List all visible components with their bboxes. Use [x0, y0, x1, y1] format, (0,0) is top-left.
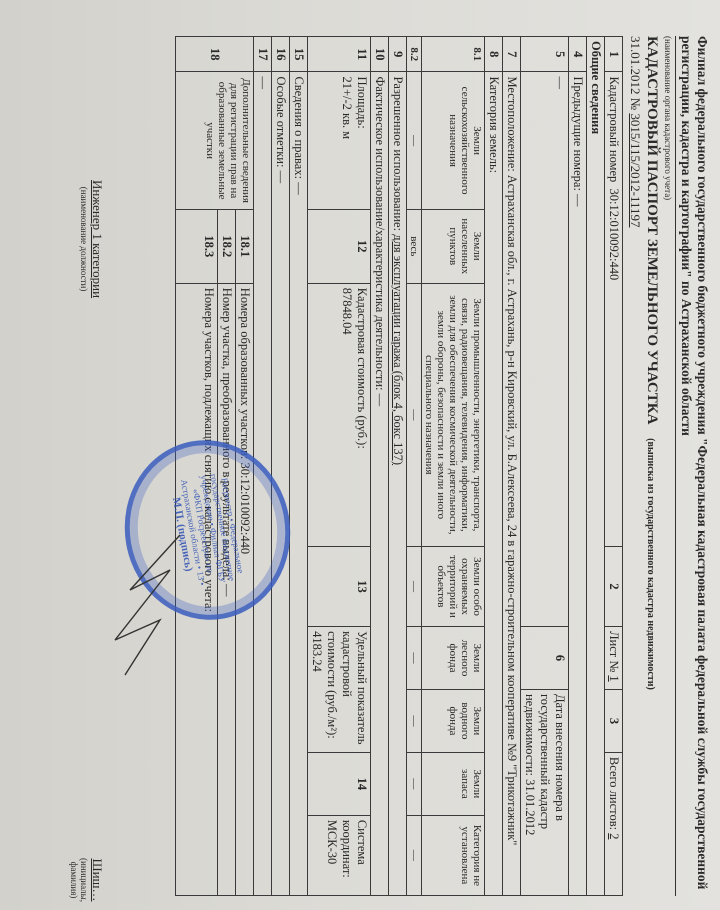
sheet-cell: Лист № 1: [605, 627, 623, 690]
land-category-value: —: [407, 546, 422, 626]
signer-position: Инженер 1 категории (наименование должно…: [79, 180, 105, 298]
land-category-value: —: [407, 283, 422, 546]
land-category-value: —: [407, 689, 422, 752]
title-subtitle: (выписка из государственного кадастра не…: [645, 438, 656, 690]
sheet-number: 1: [607, 675, 621, 681]
field-number: 6: [521, 627, 569, 690]
label: Номера образованных участков:: [238, 288, 252, 460]
field-number: 1: [605, 37, 623, 72]
land-category-value: —: [407, 72, 422, 209]
organization-caption: (наименование органа кадастрового учета): [663, 36, 673, 896]
label: Лист №: [607, 631, 621, 672]
label: Всего листов:: [607, 757, 621, 830]
field-number: 18.2: [218, 209, 236, 283]
label: Кадастровая стоимость (руб.):: [354, 288, 369, 542]
value: 4183.24: [309, 631, 324, 748]
title-text: КАДАСТРОВЫЙ ПАСПОРТ ЗЕМЕЛЬНОГО УЧАСТКА: [644, 36, 660, 424]
label: Система координат:: [339, 820, 369, 891]
value: для эксплуатации гаража (блок 4, бокс 13…: [391, 234, 405, 465]
land-category-option: Земли лесного фонда: [422, 627, 485, 690]
cadastral-value: Кадастровая стоимость (руб.):87848.04: [308, 283, 371, 546]
field-number: 3: [605, 689, 623, 752]
section-general: Общие сведения: [587, 37, 605, 896]
total-sheets-cell: Всего листов: 2: [605, 752, 623, 895]
document-title: КАДАСТРОВЫЙ ПАСПОРТ ЗЕМЕЛЬНОГО УЧАСТКА (…: [643, 36, 660, 896]
land-category-value: весь: [407, 209, 422, 283]
total-sheets: 2: [607, 833, 621, 839]
name-caption: (инициалы, фамилия): [69, 850, 89, 910]
specific-value: Удельный показатель кадастровой стоимост…: [308, 627, 371, 753]
label: Кадастровый номер: [607, 76, 621, 182]
value: 31.01.2012: [523, 779, 537, 835]
document-number-value: 3015/115/2012-11197: [628, 113, 643, 227]
label: Площадь:: [354, 76, 369, 204]
document-date: 31.01.2012: [628, 36, 643, 95]
land-category-option: Земли сельскохозяйственного назначения: [422, 72, 485, 209]
document-number: 31.01.2012 № 3015/115/2012-11197: [627, 36, 643, 896]
field-number: 13: [308, 546, 371, 626]
land-category-value: —: [407, 815, 422, 895]
name-text: Шиш…: [89, 850, 105, 910]
entry-date: Дата внесения номера в государственный к…: [521, 689, 569, 895]
field-number: 4: [569, 37, 587, 72]
field-number: 12: [308, 209, 371, 283]
row-1: 1 Кадастровый номер 30:12:010092:440 2 Л…: [605, 37, 623, 896]
land-category-option: Земли запаса: [422, 752, 485, 815]
field-number: 5: [521, 37, 569, 72]
field-number: 2: [605, 546, 623, 626]
label: Удельный показатель кадастровой стоимост…: [324, 631, 369, 748]
land-category-value: —: [407, 752, 422, 815]
value: 87848.04: [339, 288, 354, 542]
field-5-value: —: [521, 72, 569, 627]
value: МСК-30: [324, 820, 339, 891]
label: Особые отметки:: [274, 76, 288, 167]
permitted-use: Разрешенное использование: для эксплуата…: [389, 72, 407, 896]
document-page: Филиал федерального государственного бюд…: [0, 0, 720, 910]
field-number: 18.1: [236, 209, 254, 283]
location: Местоположение: Астраханская обл., г. Ас…: [503, 72, 521, 896]
additional-info-label: Дополнительные сведения для регистрации …: [176, 72, 254, 209]
signer-name: Шиш… (инициалы, фамилия): [69, 850, 105, 910]
label: Разрешенное использование:: [391, 76, 405, 231]
value: —: [373, 394, 387, 407]
land-category-option: Категория не установлена: [422, 815, 485, 895]
land-category-option: Земли промышленности, энергетики, трансп…: [422, 283, 485, 546]
handwritten-signature: [110, 530, 200, 680]
field-number: 14: [308, 752, 371, 815]
value: —: [571, 194, 585, 207]
field-number: 8.1: [422, 37, 485, 72]
field-number: 18.3: [176, 209, 218, 283]
value: —: [292, 182, 306, 195]
field-number: 11: [308, 37, 371, 72]
field-number: 8.2: [407, 37, 422, 72]
cadastral-number-cell: Кадастровый номер 30:12:010092:440: [605, 72, 623, 547]
rights-info: Сведения о правах: —: [290, 72, 308, 896]
position-caption: (наименование должности): [79, 180, 89, 298]
field-number: 15: [290, 37, 308, 72]
value: —: [274, 171, 288, 184]
number-prefix: №: [628, 98, 643, 110]
value: 21+/-2 кв. м: [339, 76, 354, 204]
organization-name: Филиал федерального государственного бюд…: [675, 36, 710, 896]
field-number: 7: [503, 37, 521, 72]
field-number: 17: [254, 37, 272, 72]
label: Фактическое использование/характеристика…: [373, 76, 387, 390]
coordinate-system: Система координат:МСК-30: [308, 815, 371, 895]
position-text: Инженер 1 категории: [89, 180, 105, 298]
land-category-option: Земли особо охраняемых территорий и объе…: [422, 546, 485, 626]
cadastral-number: 30:12:010092:440: [607, 189, 621, 281]
land-category-option: Земли водного фонда: [422, 689, 485, 752]
field-number: 10: [371, 37, 389, 72]
field-number: 9: [389, 37, 407, 72]
actual-use: Фактическое использование/характеристика…: [371, 72, 389, 896]
label: Сведения о правах:: [292, 76, 306, 179]
land-category-option: Земли населенных пунктов: [422, 209, 485, 283]
land-category-value: —: [407, 627, 422, 690]
field-number: 8: [485, 37, 503, 72]
label: Местоположение:: [505, 76, 519, 171]
previous-numbers: Предыдущие номера: —: [569, 72, 587, 896]
field-number: 18: [176, 37, 254, 72]
value: Астраханская обл., г. Астрахань, р-н Кир…: [505, 175, 519, 846]
land-category-label: Категория земель:: [485, 72, 503, 896]
field-number: 16: [272, 37, 290, 72]
label: Предыдущие номера:: [571, 76, 585, 190]
area: Площадь:21+/-2 кв. м: [308, 72, 371, 209]
